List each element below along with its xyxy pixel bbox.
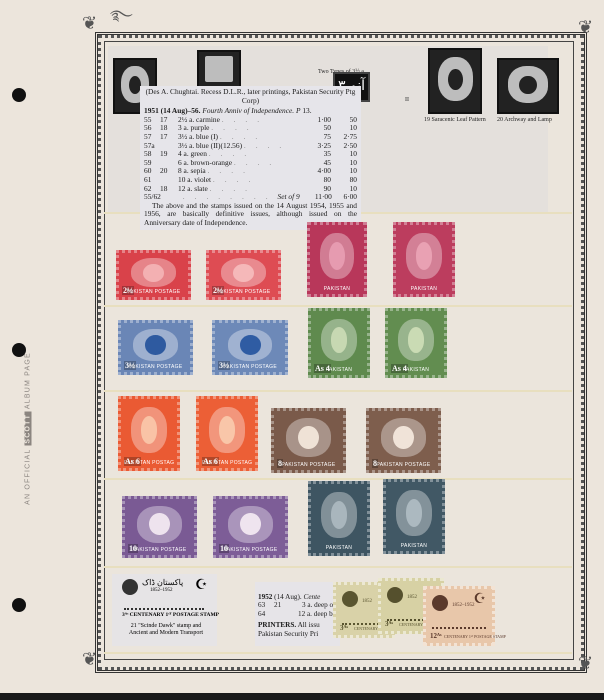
- stamp-value: 2½: [212, 286, 224, 295]
- illustration-18: [197, 50, 241, 90]
- corner-ornament-bottom-right-icon: ❦: [578, 654, 593, 672]
- seal-icon: [122, 579, 138, 595]
- stamp-label: PAKISTAN POSTAGE: [277, 462, 340, 468]
- stamp-58a[interactable]: PAKISTANAs 4: [308, 308, 370, 378]
- illustration-20: [497, 58, 559, 114]
- row-design: [274, 610, 292, 618]
- design-number: 20: [160, 167, 178, 176]
- binder-hole-bottom: [12, 598, 26, 612]
- row-num: 63: [258, 601, 274, 609]
- scott-brand: SCOTT: [25, 412, 32, 446]
- printers-label: PRINTERS.: [258, 621, 296, 629]
- stamp-center-icon: [233, 264, 254, 282]
- row-desc: 3 a. deep o: [292, 601, 333, 609]
- stamp-center-icon: [240, 513, 261, 535]
- stamp-value: As 4: [391, 364, 408, 373]
- stamp-center-icon: [143, 264, 164, 282]
- stamp-center-icon: [145, 335, 166, 355]
- corner-ornament-top-left-icon: ❦: [82, 14, 97, 32]
- row-num: 64: [258, 610, 274, 618]
- stamp-center-icon: [408, 327, 425, 353]
- printers-text-line2: Pakistan Security Pri: [258, 630, 333, 638]
- stamp-center-icon: [331, 327, 348, 353]
- stamp-value: As 6: [124, 457, 141, 466]
- spine-text-post: ALBUM PAGE: [25, 352, 32, 409]
- stamp-center-icon: [331, 501, 348, 529]
- stamp-59a[interactable]: PAKISTAN POSTAGEAs 6: [118, 396, 180, 471]
- mount-strip: [104, 652, 572, 654]
- stamp-value: 3ᴬˢ: [385, 620, 393, 628]
- design-credit: (Des A. Chughtai. Recess D.L.R., later p…: [144, 88, 357, 105]
- stamp-61a[interactable]: PAKISTAN POSTAGE10: [122, 496, 197, 558]
- stamp-center-icon: [329, 242, 345, 270]
- stamp-value: As 6: [202, 457, 219, 466]
- type-marker: II: [405, 97, 409, 103]
- binder-hole-top: [12, 88, 26, 102]
- stamp-value: 8: [372, 459, 378, 468]
- urdu-header: پاکستان ڈاک: [142, 578, 183, 587]
- stamp-center-icon: [406, 499, 423, 527]
- stamp-center-icon: [416, 242, 433, 270]
- stamp-center-icon: [298, 426, 319, 450]
- design-number: 18: [160, 185, 178, 194]
- stamp-60a[interactable]: PAKISTAN POSTAGE8: [271, 408, 346, 473]
- crescent-star-icon: ☪: [195, 577, 208, 594]
- stamp-center-icon: [149, 513, 170, 535]
- spine-imprint: AN OFFICIAL SCOTT ALBUM PAGE: [16, 300, 36, 580]
- issue-1952-title: Cente: [304, 593, 321, 601]
- seal-icon: [432, 595, 448, 611]
- stamp-62b[interactable]: PAKISTAN: [383, 479, 445, 554]
- seal-icon: [387, 587, 403, 603]
- mount-strip: [104, 478, 572, 480]
- stamp-years: 1852: [407, 595, 417, 600]
- scinde-years: 1852–1952: [150, 588, 173, 593]
- stamp-label: PAKISTAN: [389, 543, 439, 549]
- stamp-value: 3½: [218, 361, 230, 370]
- spine-text-pre: AN OFFICIAL: [25, 449, 32, 505]
- mount-strip: [104, 305, 572, 307]
- stamp-60b[interactable]: PAKISTAN POSTAGE8: [366, 408, 441, 473]
- stamp-56a[interactable]: PAKISTAN: [307, 222, 367, 297]
- stamp-57b[interactable]: PAKISTAN POSTAGE3½: [212, 320, 288, 375]
- album-page: AN OFFICIAL SCOTT ALBUM PAGE ❦ ࿐ ❦ ❦ ❦ T…: [0, 0, 604, 693]
- stamp-label: PAKISTAN POSTAGE: [372, 462, 435, 468]
- centenary-stamp[interactable]: 1852–195212ᴬˢCENTENARY 1ˢᵀ POSTAGE STAMP…: [423, 586, 495, 646]
- scinde-caption: 21 "Scinde Dawk" stamp and Ancient and M…: [118, 623, 214, 637]
- stamp-value: 2½: [122, 286, 134, 295]
- scinde-dawk-illustration: پاکستان ڈاک 1852–1952 ☪ 3ᴬˢ CENTENARY 1ˢ…: [112, 574, 217, 646]
- stamp-center-icon: [141, 416, 158, 444]
- seal-icon: [342, 591, 358, 607]
- design-number: 19: [160, 150, 178, 159]
- corner-ornament-bottom-left-icon: ❦: [82, 650, 97, 668]
- mount-strip: [104, 390, 572, 392]
- camel-caravan-icon: [124, 602, 204, 610]
- issue-1952-date: (14 Aug).: [274, 593, 302, 601]
- design-number: 17: [160, 133, 178, 142]
- stamp-62a[interactable]: PAKISTAN: [308, 481, 370, 556]
- stamp-center-icon: [219, 416, 236, 444]
- stamp-61b[interactable]: PAKISTAN POSTAGE10: [213, 496, 288, 558]
- stamp-center-icon: [393, 426, 414, 450]
- stamp-value: 12ᴬˢ: [430, 632, 442, 640]
- issue-1952-listing: 1952 (14 Aug). Cente 63213 a. deep o 641…: [258, 593, 333, 638]
- stamp-label: PAKISTAN: [399, 286, 449, 292]
- stamp-center-icon: [240, 335, 261, 355]
- stamp-label: PAKISTAN: [313, 286, 361, 292]
- stamp-55a[interactable]: PAKISTAN POSTAGE2½: [116, 250, 191, 300]
- illustration-19: [428, 48, 482, 114]
- centenary-line: 3ᴬˢ CENTENARY 1ˢᵀ POSTAGE STAMP: [122, 612, 219, 618]
- row-desc: 12 a. deep b: [292, 610, 333, 618]
- stamp-years: 1852–1952: [452, 603, 475, 608]
- crescent-star-icon: ☪: [473, 591, 486, 608]
- mount-strip: [104, 566, 572, 568]
- scroll-ornament-icon: ࿐: [110, 10, 133, 24]
- stamp-57a[interactable]: PAKISTAN POSTAGE3½: [118, 320, 193, 375]
- stamp-label: CENTENARY 1ˢᵀ POSTAGE STAMP: [444, 634, 506, 639]
- printers-text: All issu: [298, 621, 320, 629]
- stamp-55b[interactable]: PAKISTAN POSTAGE2½: [206, 250, 281, 300]
- stamp-years: 1852: [362, 599, 372, 604]
- stamp-58b[interactable]: PAKISTANAs 4: [385, 308, 447, 378]
- issue-1952-year: 1952: [258, 593, 272, 601]
- stamp-value: 10: [219, 544, 229, 553]
- stamp-56b[interactable]: PAKISTAN: [393, 222, 455, 297]
- corner-ornament-top-right-icon: ❦: [578, 18, 593, 36]
- stamp-59b[interactable]: PAKISTAN POSTAGEAs 6: [196, 396, 258, 471]
- scinde-caption-line2: Ancient and Modern Transport: [118, 630, 214, 637]
- stamp-value: 3ᴬˢ: [340, 624, 348, 632]
- stamp-value: 10: [128, 544, 138, 553]
- stamp-value: 8: [277, 459, 283, 468]
- catalog-rows: 55172½ a. carmine ....1·005056183 a. pur…: [144, 116, 357, 193]
- stamp-label: PAKISTAN: [314, 545, 364, 551]
- stamp-value: 3½: [124, 361, 136, 370]
- caption-19: 19 Saracenic Leaf Pattern: [424, 117, 486, 123]
- catalog-listing: (Des A. Chughtai. Recess D.L.R., later p…: [140, 86, 361, 230]
- stamp-value: As 4: [314, 364, 331, 373]
- caption-20: 20 Archway and Lamp: [497, 117, 552, 123]
- scinde-caption-line1: 21 "Scinde Dawk" stamp and: [118, 623, 214, 630]
- camel-caravan-icon: [432, 619, 486, 629]
- row-design: 21: [274, 601, 292, 609]
